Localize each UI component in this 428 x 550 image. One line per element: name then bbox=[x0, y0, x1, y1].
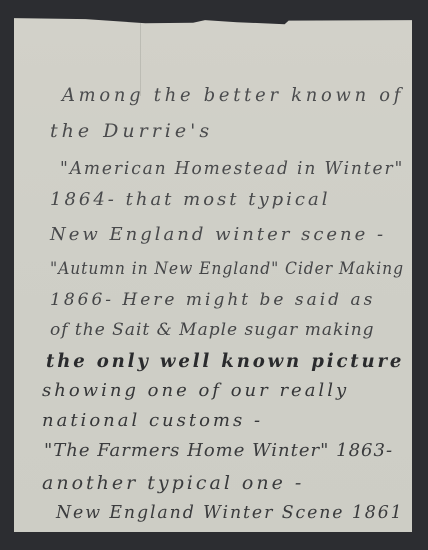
handwritten-line-5: New England winter scene - bbox=[50, 224, 386, 245]
handwritten-line-4: 1864- that most typical bbox=[50, 189, 330, 210]
handwritten-line-1: Among the better known of bbox=[62, 84, 404, 106]
handwritten-line-14: New England Winter Scene 1861 bbox=[56, 502, 404, 523]
handwritten-line-7: 1866- Here might be said as bbox=[50, 290, 375, 310]
handwritten-line-12: "The Farmers Home Winter" 1863- bbox=[44, 440, 393, 461]
handwritten-line-8: of the Sait & Maple sugar making bbox=[50, 320, 375, 340]
handwritten-line-11: national customs - bbox=[42, 410, 263, 431]
handwritten-line-2: the Durrie's bbox=[50, 120, 213, 142]
handwritten-line-6: "Autumn in New England" Cider Making bbox=[50, 259, 404, 279]
handwritten-line-3: "American Homestead in Winter" bbox=[60, 158, 404, 179]
handwritten-line-10: showing one of our really bbox=[42, 380, 349, 401]
handwritten-line-9: the only well known picture bbox=[46, 350, 404, 372]
handwritten-line-13: another typical one - bbox=[42, 472, 304, 494]
scan-background: Among the better known of the Durrie's "… bbox=[0, 0, 428, 550]
